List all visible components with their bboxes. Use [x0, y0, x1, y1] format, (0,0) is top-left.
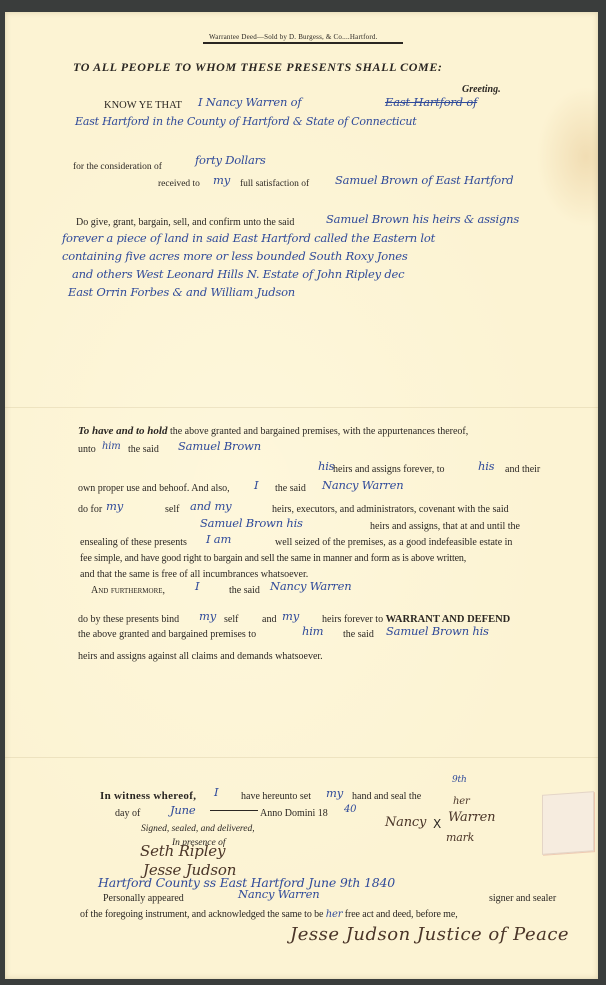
- self-label: self: [165, 503, 179, 516]
- know-ye-label: KNOW YE THAT: [104, 99, 182, 112]
- payer-name: Samuel Brown of East Hartford: [335, 174, 513, 187]
- self-label: self: [224, 613, 238, 626]
- justice-signature: Jesse Judson Justice of Peace: [290, 928, 569, 941]
- land-description-line: forever a piece of land in said East Har…: [62, 232, 435, 245]
- him-handwritten: him: [302, 625, 323, 638]
- grant-clause-label: Do give, grant, bargain, sell, and confi…: [76, 216, 294, 229]
- anno-domini-label: Anno Domini 18: [260, 807, 328, 820]
- signed-sealed-label: Signed, sealed, and delivered,: [141, 823, 255, 836]
- acknowledgment-text-end: free act and deed, before me,: [345, 909, 458, 920]
- witness-signature: Seth Ripley: [140, 845, 225, 858]
- his-handwritten: his: [478, 460, 494, 473]
- i-handwritten: I: [214, 786, 218, 799]
- grantee-name: Samuel Brown his heirs & assigns: [326, 213, 519, 226]
- his-handwritten: his: [318, 460, 334, 473]
- furthermore-label: And furthermore,: [91, 584, 165, 597]
- bind-label: do by these presents bind: [78, 613, 179, 626]
- the-said-label: the said: [128, 443, 159, 456]
- warranty-line-2: the above granted and bargained premises…: [78, 628, 256, 641]
- my-handwritten: my: [106, 500, 123, 513]
- satisfaction-label: full satisfaction of: [240, 178, 309, 191]
- received-by: my: [213, 174, 230, 187]
- land-description-line: containing five acres more or less bound…: [62, 250, 408, 263]
- my-handwritten: my: [199, 610, 216, 623]
- grantee-name: Samuel Brown: [178, 440, 261, 453]
- land-description-line: East Orrin Forbes & and William Judson: [68, 286, 295, 299]
- signer-sealer-label: signer and sealer: [489, 892, 556, 905]
- i-handwritten: I: [195, 580, 199, 593]
- ensealing-label: ensealing of these presents: [80, 536, 187, 549]
- covenant-line-1: heirs, executors, and administrators, co…: [272, 503, 509, 516]
- header-rule: [203, 42, 403, 44]
- grantor-name: I Nancy Warren of: [198, 96, 301, 109]
- and-their-text: and their: [505, 463, 540, 476]
- her-handwritten: her: [326, 909, 343, 920]
- month-dash: [210, 810, 258, 811]
- covenant-line-4: fee simple, and have good right to barga…: [80, 552, 466, 565]
- the-said-label: the said: [275, 482, 306, 495]
- deed-paper: [5, 12, 598, 979]
- own-use-text: own proper use and behoof. And also,: [78, 482, 230, 495]
- grantor-name: Nancy Warren: [270, 580, 351, 593]
- consideration-label: for the consideration of: [73, 161, 162, 174]
- her-label: her: [453, 795, 470, 808]
- heirs-assigns-text: heirs and assigns forever, to: [333, 463, 445, 476]
- and-my-handwritten: and my: [190, 500, 231, 513]
- and-label: and: [262, 613, 276, 626]
- x-mark: X: [433, 818, 441, 831]
- year-handwritten: 40: [344, 803, 356, 816]
- in-witness-label: In witness whereof,: [100, 790, 196, 803]
- wafer-seal: [542, 791, 594, 855]
- mark-label: mark: [446, 831, 474, 844]
- day-of-label: day of: [115, 807, 140, 820]
- deed-title: TO ALL PEOPLE TO WHOM THESE PRESENTS SHA…: [73, 61, 443, 74]
- grantee-name: Samuel Brown his: [386, 625, 489, 638]
- appearer-name: Nancy Warren: [238, 888, 319, 901]
- struck-text: East Hartford of: [385, 96, 477, 109]
- received-label: received to: [158, 178, 200, 191]
- signature-last-name: Warren: [448, 811, 495, 824]
- day-handwritten: 9th: [452, 774, 467, 787]
- i-handwritten: I: [254, 479, 258, 492]
- warranty-line-3: heirs and assigns against all claims and…: [78, 650, 323, 663]
- grantor-residence: East Hartford in the County of Hartford …: [75, 115, 416, 128]
- fold-line: [5, 407, 598, 408]
- him-handwritten: him: [102, 440, 121, 453]
- signature-first-name: Nancy: [385, 816, 426, 829]
- am-handwritten: I am: [206, 533, 231, 546]
- covenant-line-2: heirs and assigns, that at and until the: [370, 520, 520, 533]
- my-handwritten: my: [326, 787, 343, 800]
- hand-seal-label: hand and seal the: [352, 790, 421, 803]
- my-handwritten: my: [282, 610, 299, 623]
- do-for-label: do for: [78, 503, 102, 516]
- consideration-amount: forty Dollars: [195, 154, 266, 167]
- fold-line: [5, 757, 598, 758]
- habendum-text: the above granted and bargained premises…: [170, 426, 468, 437]
- habendum-label: To have and to hold: [78, 425, 167, 437]
- covenant-line-3: well seized of the premises, as a good i…: [275, 536, 512, 549]
- the-said-label: the said: [229, 584, 260, 597]
- personally-appeared-label: Personally appeared: [103, 892, 184, 905]
- acknowledgment-text: of the foregoing instrument, and acknowl…: [80, 909, 323, 920]
- land-description-line: and others West Leonard Hills N. Estate …: [72, 268, 404, 281]
- hereunto-set-label: have hereunto set: [241, 790, 311, 803]
- the-said-label: the said: [343, 628, 374, 641]
- month-handwritten: June: [170, 804, 195, 817]
- grantor-name: Nancy Warren: [322, 479, 403, 492]
- unto-label: unto: [78, 443, 96, 456]
- grantee-name: Samuel Brown his: [200, 517, 303, 530]
- heirs-forever-label: heirs forever to: [322, 614, 383, 625]
